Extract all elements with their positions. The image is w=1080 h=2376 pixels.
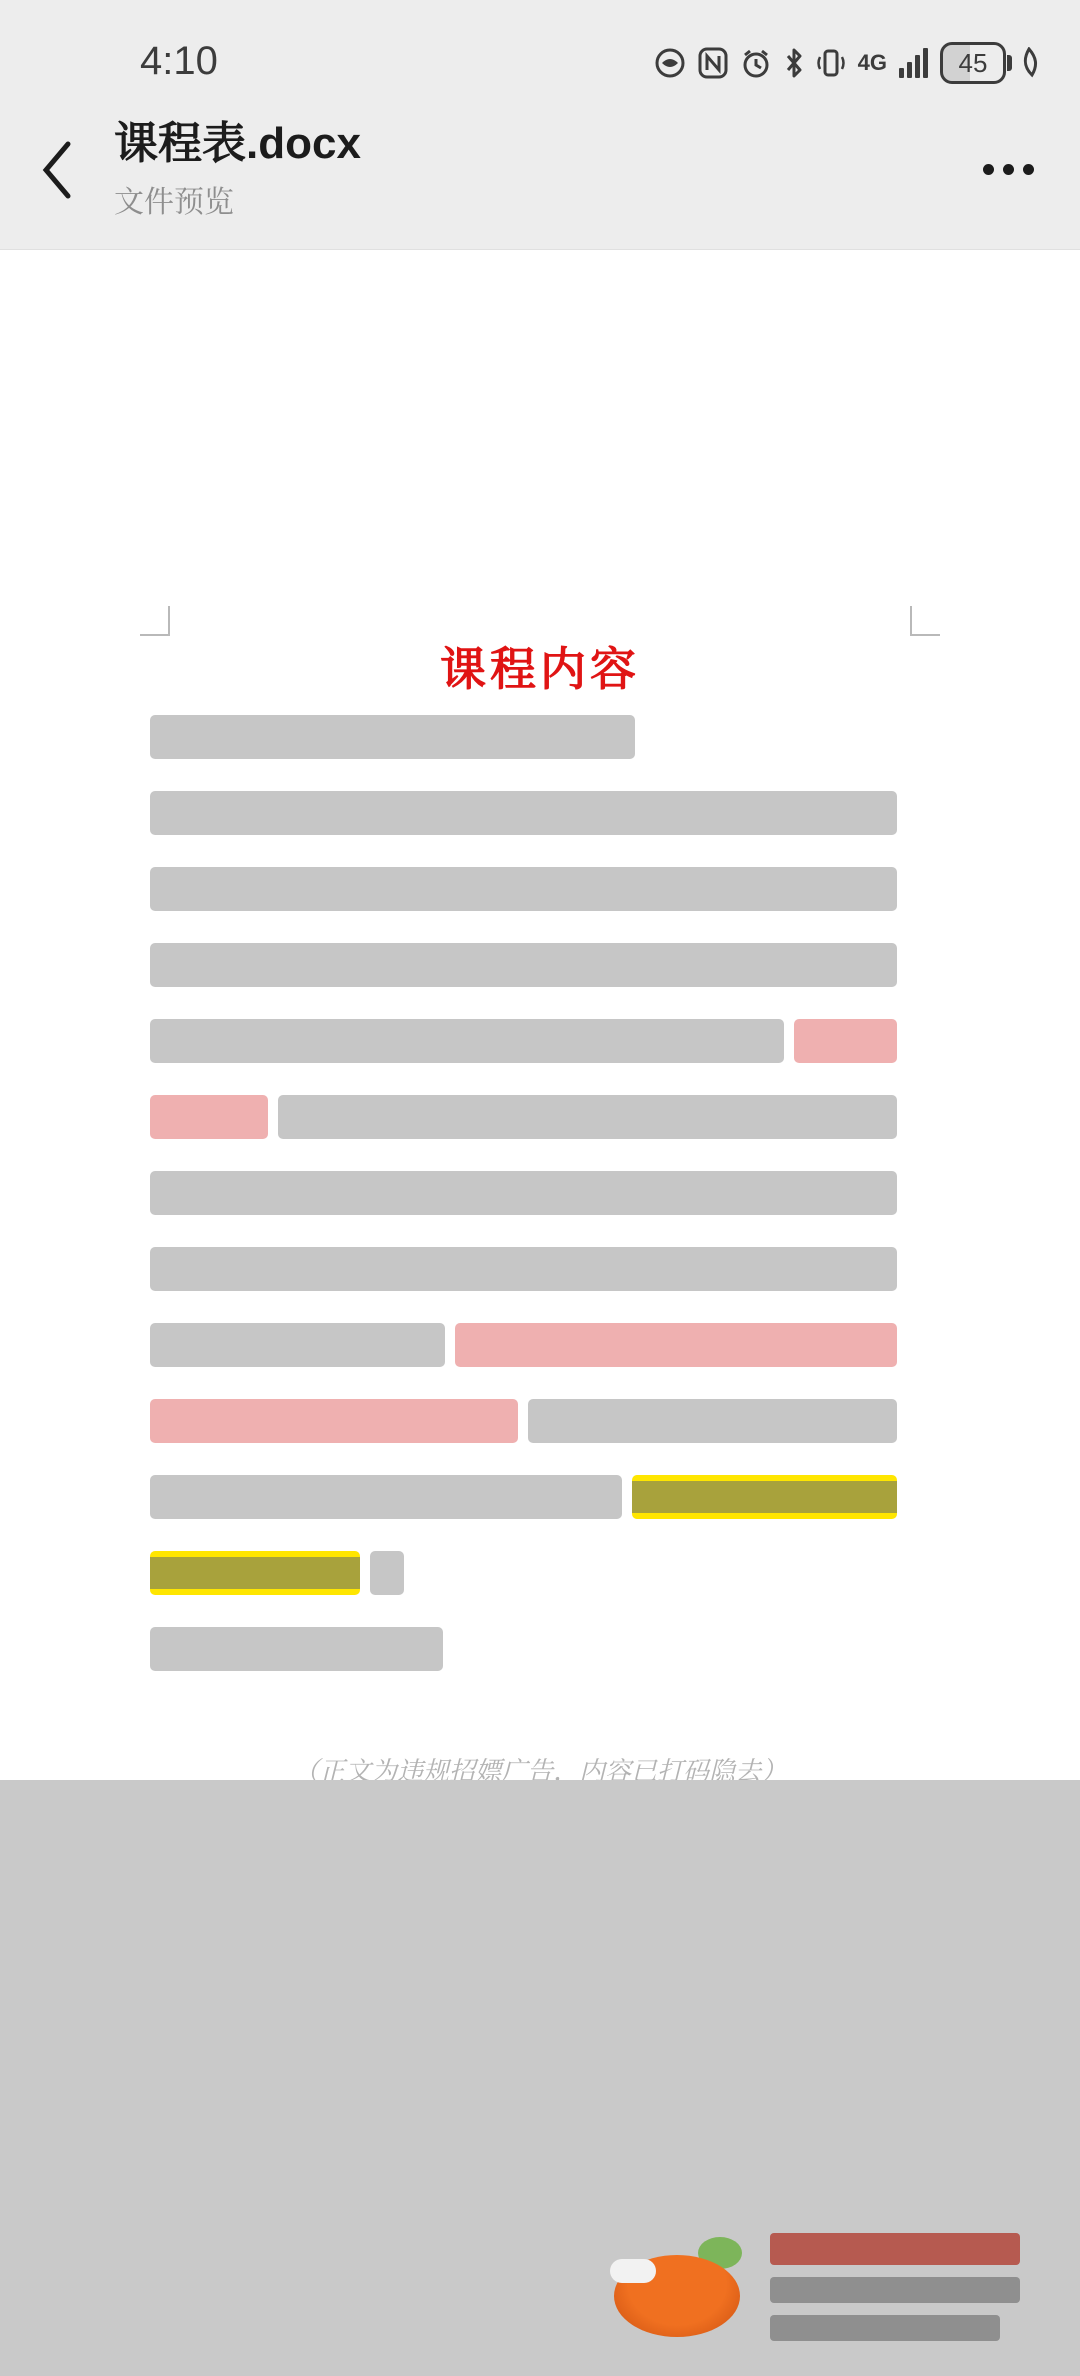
- redacted-text-line: [150, 1169, 897, 1217]
- document-heading: 课程内容: [0, 633, 1080, 699]
- status-icons: 4G 45: [654, 42, 1040, 84]
- redacted-text-line: [150, 1625, 443, 1673]
- alarm-icon: [740, 47, 772, 79]
- nfc-icon: [698, 47, 728, 79]
- redacted-text-line: [150, 1093, 897, 1141]
- watermark-text-redacted: [770, 2233, 1020, 2341]
- phone-screen: 4:10 4G 45: [0, 0, 1080, 2376]
- page-corner-mark: [910, 606, 940, 636]
- header-titles: 课程表.docx 文件预览: [114, 118, 977, 221]
- more-options-button[interactable]: [977, 144, 1040, 195]
- redacted-text-line: [150, 1017, 897, 1065]
- redacted-text-line: [150, 1549, 404, 1597]
- watermark-logo-icon: [614, 2237, 744, 2337]
- redacted-text-line: [150, 1321, 897, 1369]
- back-button[interactable]: [40, 130, 100, 210]
- preview-subtitle: 文件预览: [114, 177, 977, 221]
- redacted-text-line: [150, 1397, 897, 1445]
- signal-bars-icon: [899, 48, 928, 78]
- redacted-text-line: [150, 789, 897, 837]
- redacted-text-line: [150, 1473, 897, 1521]
- eye-comfort-icon: [654, 47, 686, 79]
- redacted-body-text: [150, 713, 920, 1673]
- clock: 4:10: [140, 39, 218, 84]
- redacted-text-line: [150, 941, 897, 989]
- document-preview-area[interactable]: 课程内容 （正文为违规招嫖广告，内容已打码隐去）: [0, 251, 1080, 1780]
- redacted-text-line: [150, 1245, 897, 1293]
- forum-watermark-redacted: [614, 2233, 1020, 2341]
- document-title: 课程表.docx: [114, 118, 977, 171]
- file-preview-header: 课程表.docx 文件预览: [0, 90, 1080, 250]
- vibrate-icon: [816, 47, 846, 79]
- network-type-label: 4G: [858, 52, 887, 74]
- torch-icon: [1018, 47, 1040, 79]
- page-corner-mark: [140, 606, 170, 636]
- battery-icon: 45: [940, 42, 1006, 84]
- battery-percent: 45: [959, 48, 988, 79]
- redacted-text-line: [150, 865, 897, 913]
- bluetooth-icon: [784, 47, 804, 79]
- redacted-text-line: [150, 713, 635, 761]
- status-bar: 4:10 4G 45: [0, 0, 1080, 90]
- viewer-background: [0, 1780, 1080, 2376]
